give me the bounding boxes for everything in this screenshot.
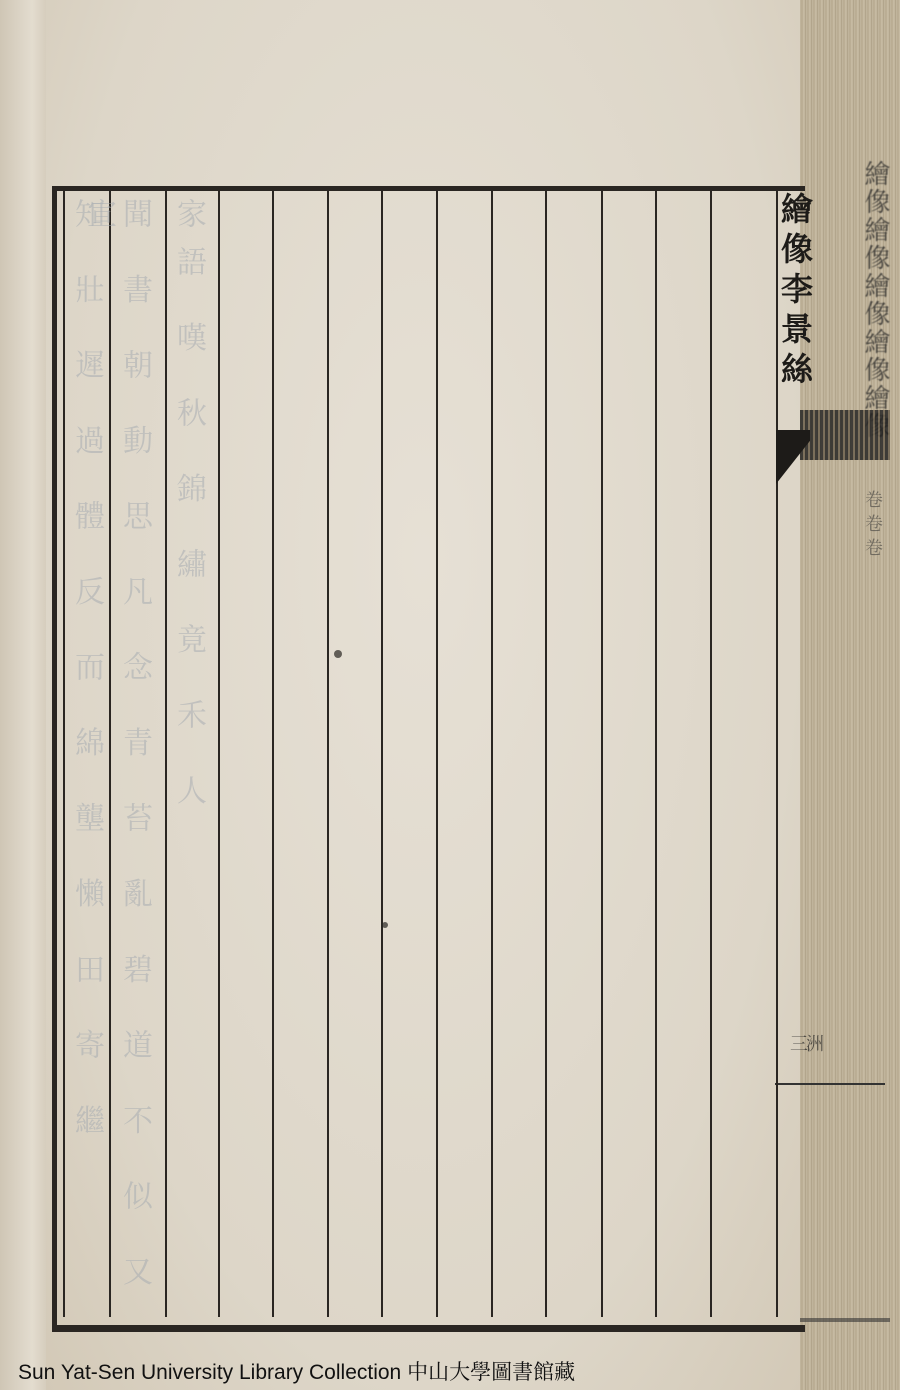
stack-rule-bottom	[800, 1318, 890, 1322]
collection-caption: Sun Yat-Sen University Library Collectio…	[18, 1356, 575, 1386]
faded-text-column: 家語 嘆 秋 錦 繡 竟 禾 人	[170, 198, 206, 1308]
faded-text-column: 聞 書 朝 動 思 凡 念 青 苔 亂 碧 道 不 似 又 宣	[116, 198, 152, 1308]
column-rule	[327, 191, 329, 1317]
column-rule	[601, 191, 603, 1317]
faded-text-column: 知 壯 遲 過 體 反 而 綿 壟 懶 田 寄 繼	[68, 198, 104, 1308]
column-rule	[165, 191, 167, 1317]
column-rule	[272, 191, 274, 1317]
inner-left-border	[63, 191, 65, 1317]
column-rule	[381, 191, 383, 1317]
ink-spot	[382, 922, 388, 928]
column-rule	[710, 191, 712, 1317]
stack-footer-mark: 三洲	[790, 1030, 890, 1050]
column-rule	[491, 191, 493, 1317]
column-rule	[218, 191, 220, 1317]
column-rule	[545, 191, 547, 1317]
margin-title: 繪像李景絲	[775, 192, 815, 432]
ink-spot	[334, 650, 342, 658]
column-rule	[436, 191, 438, 1317]
left-page-edge	[0, 0, 46, 1390]
column-rule	[655, 191, 657, 1317]
column-rule	[109, 191, 111, 1317]
stack-marks: 卷卷卷	[805, 490, 885, 650]
